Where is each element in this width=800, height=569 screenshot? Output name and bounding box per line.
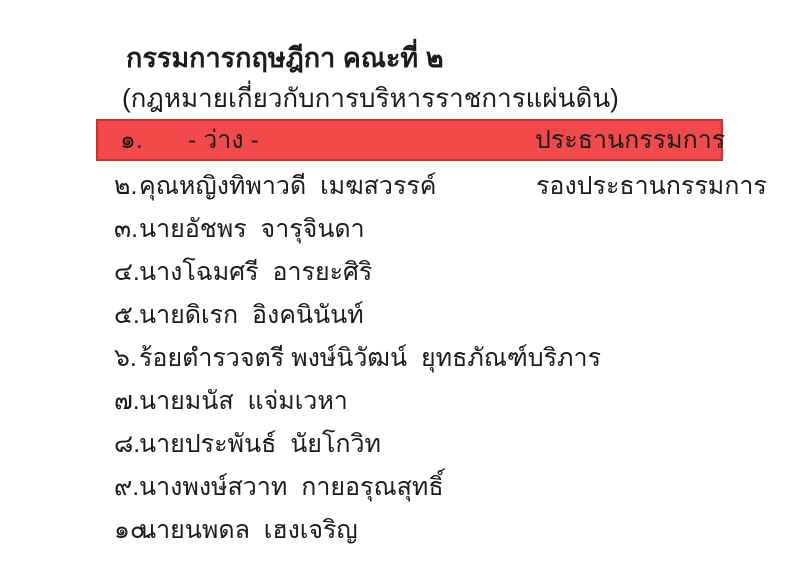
page-subtitle: (กฎหมายเกี่ยวกับการบริหารราชการแผ่นดิน) [122,78,619,119]
member-name: นายนพดล เฮงเจริญ [139,509,358,552]
member-role: รองประธานกรรมการ [536,165,767,208]
member-number: ๘. [114,423,140,466]
member-row: ๙. นางพงษ์สวาท กายอรุณสุทธิ์ [0,466,800,509]
member-row: ๓. นายอัชพร จารุจินดา [0,208,800,251]
member-name: - ว่าง - [188,121,259,159]
member-number: ๑. [120,121,143,159]
member-number: ๖. [114,337,137,380]
member-name: นางพงษ์สวาท กายอรุณสุทธิ์ [139,466,444,509]
member-row: ๖. ร้อยตำรวจตรี พงษ์นิวัฒน์ ยุทธภัณฑ์บริ… [0,337,800,380]
member-number: ๔. [114,251,140,294]
member-number: ๕. [114,294,140,337]
member-row: ๘. นายประพันธ์ นัยโกวิท [0,423,800,466]
member-name: นายมนัส แจ่มเวหา [139,380,348,423]
member-row: ๑๐. นายนพดล เฮงเจริญ [0,509,800,552]
member-row: ๕. นายดิเรก อิงคนินันท์ [0,294,800,337]
member-row: ๔. นางโฉมศรี อารยะศิริ [0,251,800,294]
member-name: นางโฉมศรี อารยะศิริ [139,251,372,294]
member-number: ๗. [114,380,140,423]
member-row: ๒. คุณหญิงทิพาวดี เมฆสวรรค์ รองประธานกรร… [0,165,800,208]
document-page: กรรมการกฤษฎีกา คณะที่ ๒ (กฎหมายเกี่ยวกับ… [0,0,800,569]
member-name: นายประพันธ์ นัยโกวิท [139,423,381,466]
member-name: ร้อยตำรวจตรี พงษ์นิวัฒน์ ยุทธภัณฑ์บริภาร [139,337,601,380]
member-role: ประธานกรรมการ [535,121,725,159]
member-number: ๒. [114,165,137,208]
member-number: ๓. [114,208,138,251]
member-row: ๗. นายมนัส แจ่มเวหา [0,380,800,423]
member-name: คุณหญิงทิพาวดี เมฆสวรรค์ [139,165,437,208]
member-number: ๙. [114,466,139,509]
member-name: นายอัชพร จารุจินดา [139,208,365,251]
member-row-highlighted: ๑. - ว่าง - ประธานกรรมการ [96,119,723,161]
page-title: กรรมการกฤษฎีกา คณะที่ ๒ [126,36,444,79]
member-name: นายดิเรก อิงคนินันท์ [139,294,364,337]
